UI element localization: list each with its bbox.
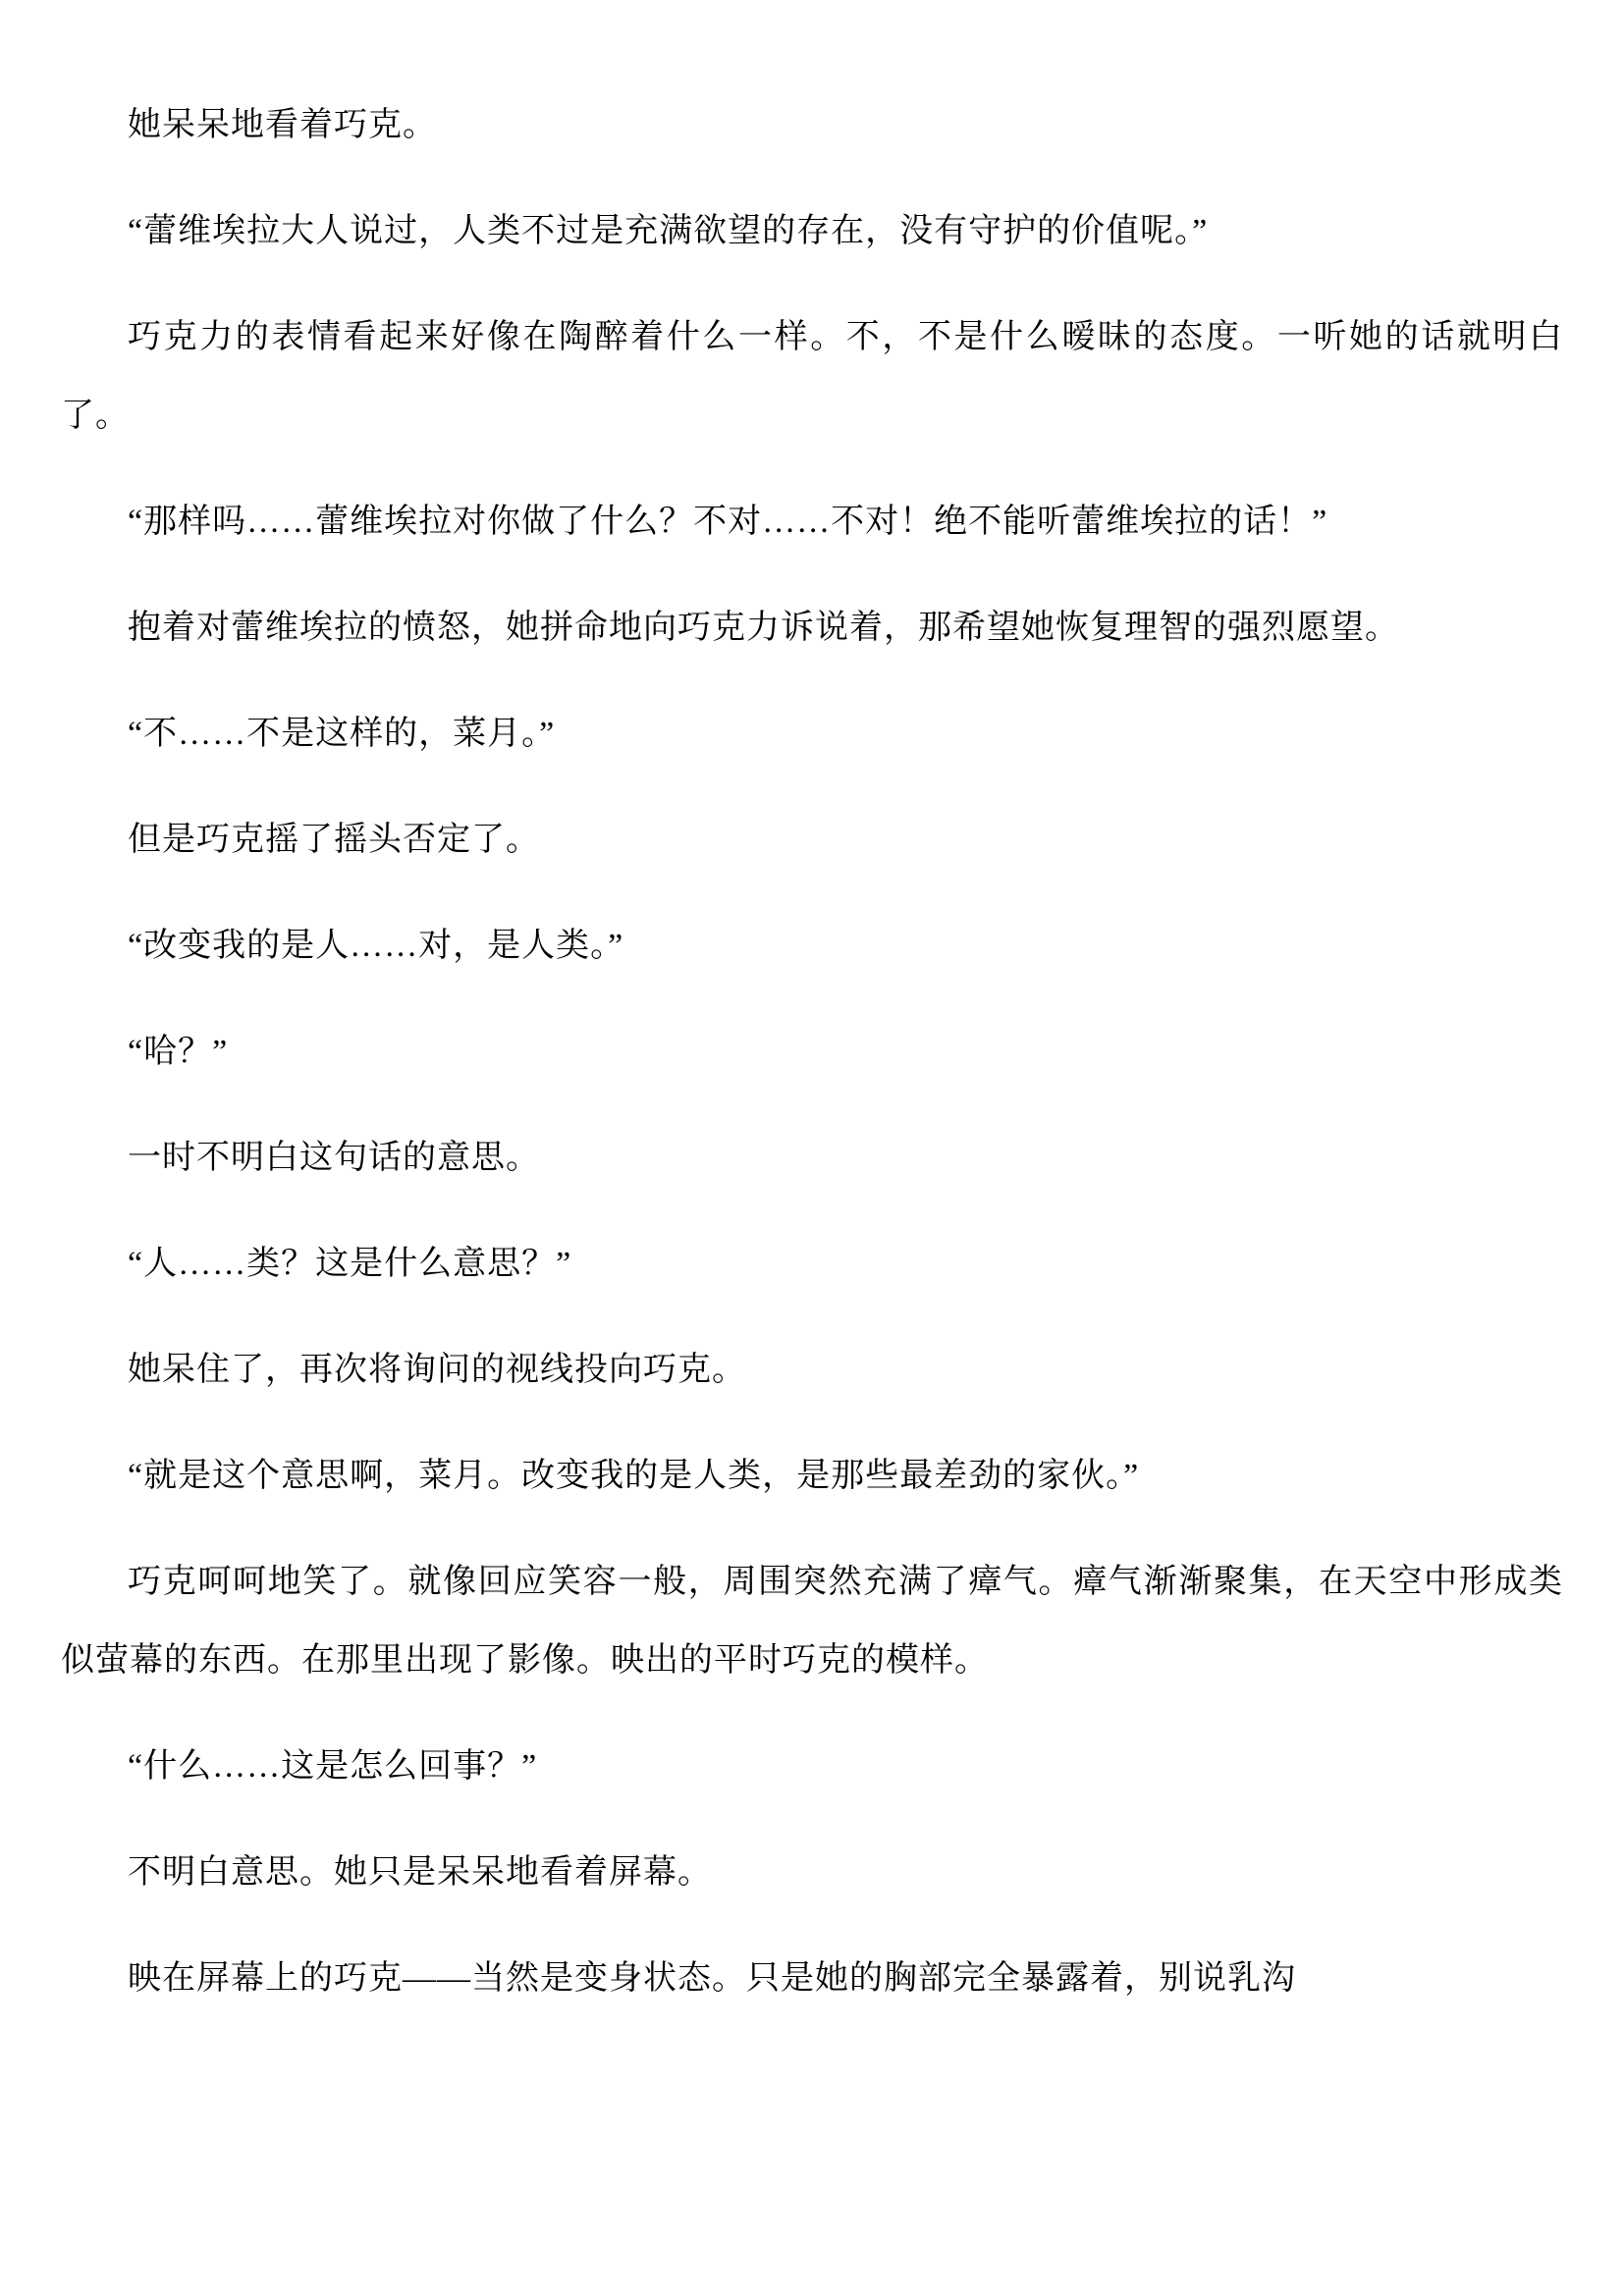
document-page: 她呆呆地看着巧克。 “蕾维埃拉大人说过，人类不过是充满欲望的存在，没有守护的价值… [0,0,1624,2296]
paragraph: 映在屏幕上的巧克——当然是变身状态。只是她的胸部完全暴露着，别说乳沟 [61,1940,1563,2018]
paragraph: 不明白意思。她只是呆呆地看着屏幕。 [61,1834,1563,1912]
paragraph: 她呆呆地看着巧克。 [61,86,1563,165]
paragraph: “什么……这是怎么回事？” [61,1728,1563,1806]
paragraph: “人……类？这是什么意思？” [61,1225,1563,1304]
paragraph: “那样吗……蕾维埃拉对你做了什么？不对……不对！绝不能听蕾维埃拉的话！” [61,483,1563,561]
paragraph: “改变我的是人……对，是人类。” [61,907,1563,986]
paragraph: “蕾维埃拉大人说过，人类不过是充满欲望的存在，没有守护的价值呢。” [61,192,1563,271]
paragraph: 巧克呵呵地笑了。就像回应笑容一般，周围突然充满了瘴气。瘴气渐渐聚集，在天空中形成… [61,1543,1563,1700]
paragraph: 巧克力的表情看起来好像在陶醉着什么一样。不，不是什么暧昧的态度。一听她的话就明白… [61,298,1563,455]
paragraph: “就是这个意思啊，菜月。改变我的是人类，是那些最差劲的家伙。” [61,1437,1563,1516]
paragraph: 她呆住了，再次将询问的视线投向巧克。 [61,1331,1563,1410]
paragraph: “不……不是这样的，菜月。” [61,695,1563,774]
paragraph: 一时不明白这句话的意思。 [61,1119,1563,1198]
paragraph: 抱着对蕾维埃拉的愤怒，她拼命地向巧克力诉说着，那希望她恢复理智的强烈愿望。 [61,589,1563,667]
paragraph: “哈？” [61,1013,1563,1092]
paragraph: 但是巧克摇了摇头否定了。 [61,801,1563,880]
